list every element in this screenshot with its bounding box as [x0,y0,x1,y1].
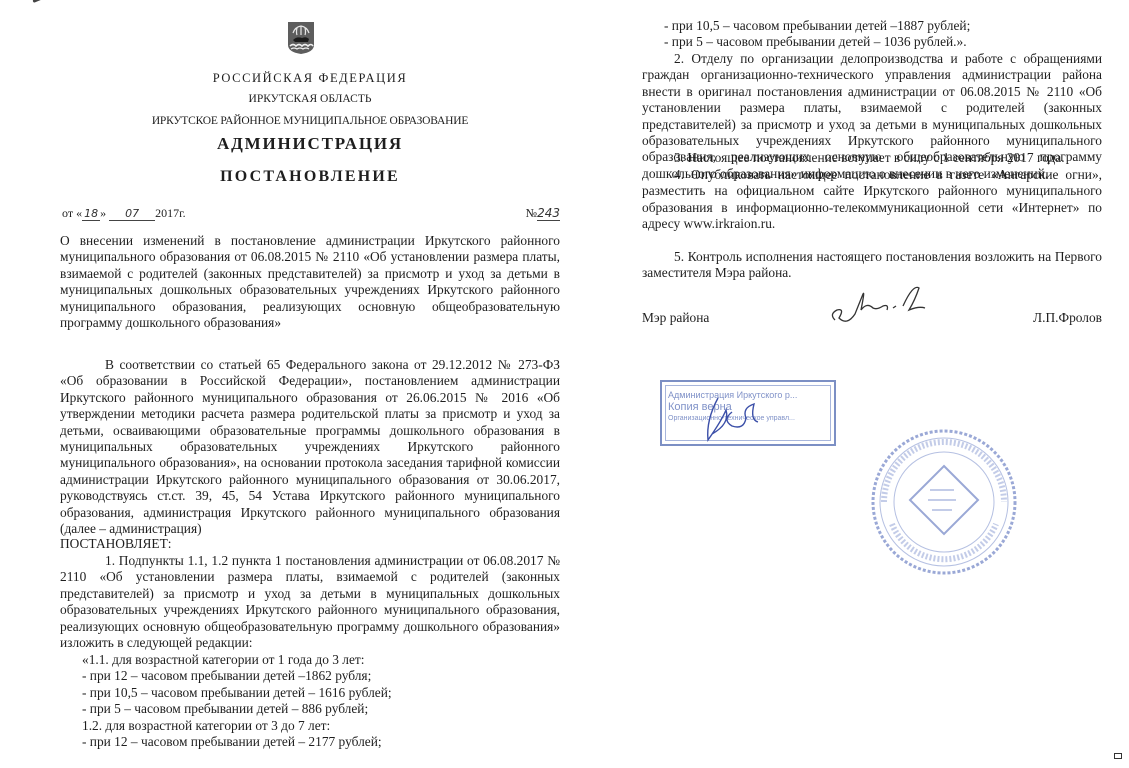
scan-stray-mark [32,0,54,3]
clause-5: 5. Контроль исполнения настоящего постан… [642,249,1102,282]
date-quote: » [100,206,106,220]
fee-line: - при 12 – часовом пребывании детей –186… [82,668,392,684]
fee-line: - при 12 – часовом пребывании детей – 21… [82,734,392,750]
fee-line: - при 10,5 – часовом пребывании детей – … [82,685,392,701]
header-administration: АДМИНИСТРАЦИЯ [60,134,560,154]
number-prefix: № [526,206,537,220]
clause-3: 3. Настоящее постановление вступает в си… [642,150,1102,166]
fee-list-right: - при 10,5 – часовом пребывании детей –1… [664,18,970,51]
document-number: №243 [526,206,560,221]
fee-line: «1.1. для возрастной категории от 1 года… [82,652,392,668]
signatory-name: Л.П.Фролов [1033,310,1102,326]
clause-1: 1. Подпункты 1.1, 1.2 пункта 1 постановл… [60,553,560,651]
coat-of-arms-icon [287,21,315,55]
fee-line: - при 5 – часовом пребывании детей – 103… [664,34,970,50]
document-type-title: ПОСТАНОВЛЕНИЕ [60,168,560,186]
date-prefix: от « [62,206,82,220]
date-year: 2017г. [155,206,186,220]
fee-line: - при 5 – часовом пребывании детей – 886… [82,701,392,717]
document-date: от «18» 072017г. [62,206,186,221]
preamble-paragraph: В соответствии со статьей 65 Федеральног… [60,357,560,537]
date-day-handwritten: 18 [82,207,100,221]
mayor-signature-icon [827,280,957,328]
fee-line: 1.2. для возрастной категории от 3 до 7 … [82,718,392,734]
fee-list-left: «1.1. для возрастной категории от 1 года… [82,652,392,750]
document-subject: О внесении изменений в постановление адм… [60,233,560,331]
header-municipality: ИРКУТСКОЕ РАЙОННОЕ МУНИЦИПАЛЬНОЕ ОБРАЗОВ… [60,115,560,127]
scan-corner-mark [1114,753,1122,759]
number-handwritten: 243 [537,206,560,221]
fee-line: - при 10,5 – часовом пребывании детей –1… [664,18,970,34]
resolves-heading: ПОСТАНОВЛЯЕТ: [60,536,171,552]
clause-4: 4. Опубликовать настоящее постановление … [642,167,1102,233]
header-country: РОССИЙСКАЯ ФЕДЕРАЦИЯ [60,71,560,86]
date-month-handwritten: 07 [109,207,155,221]
header-region: ИРКУТСКАЯ ОБЛАСТЬ [60,93,560,105]
official-round-seal-icon [870,428,1018,576]
certifier-signature-icon [692,390,772,448]
signatory-title: Мэр района [642,310,709,326]
